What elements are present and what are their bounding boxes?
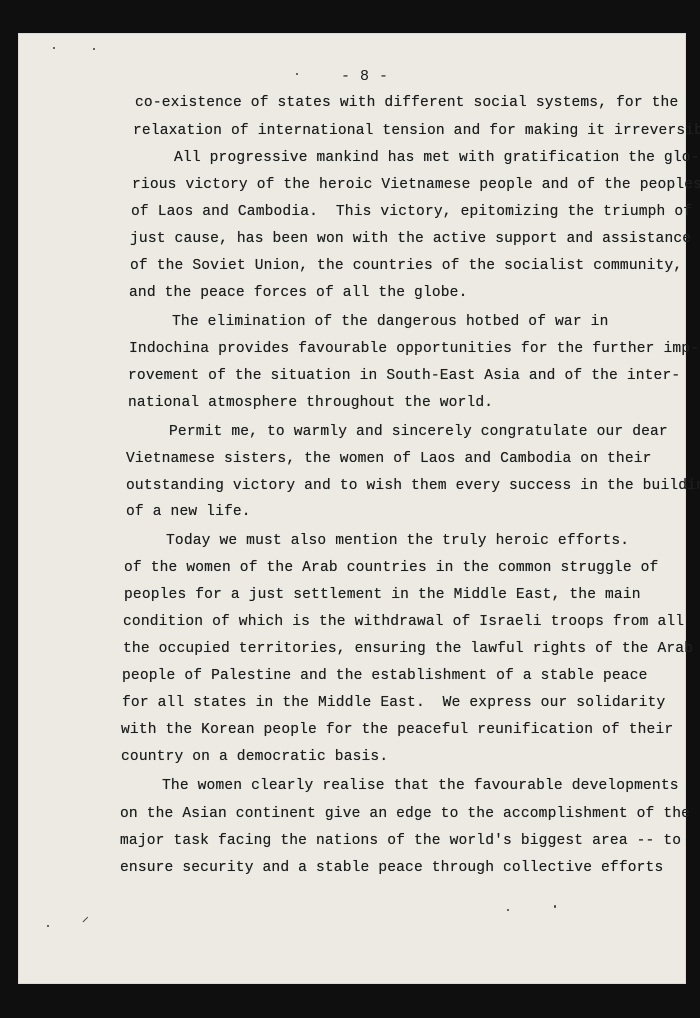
text-line: of a new life.: [126, 503, 251, 521]
paper-speck: [53, 47, 55, 49]
text-line: peoples for a just settlement in the Mid…: [124, 586, 641, 604]
text-line: Today we must also mention the truly her…: [166, 532, 629, 550]
text-line: the occupied territories, ensuring the l…: [123, 640, 693, 658]
text-line: of Laos and Cambodia. This victory, epit…: [131, 203, 700, 221]
text-line: national atmosphere throughout the world…: [128, 394, 493, 412]
text-line: rovement of the situation in South-East …: [128, 367, 680, 385]
text-line: of the Soviet Union, the countries of th…: [130, 257, 682, 275]
text-line: condition of which is the withdrawal of …: [123, 613, 684, 631]
text-line: Vietnamese sisters, the women of Laos an…: [126, 450, 652, 468]
pen-mark: [83, 917, 89, 923]
text-line: people of Palestine and the establishmen…: [122, 667, 648, 685]
text-line: of the women of the Arab countries in th…: [124, 559, 658, 577]
text-line: ensure security and a stable peace throu…: [120, 859, 663, 877]
text-line: with the Korean people for the peaceful …: [121, 721, 673, 739]
paper-speck: [507, 909, 509, 911]
text-line: outstanding victory and to wish them eve…: [126, 477, 700, 495]
scan-viewer: - 8 - co-existence of states with differ…: [0, 0, 700, 1018]
text-line: for all states in the Middle East. We ex…: [122, 694, 665, 712]
paper-speck: [47, 925, 49, 927]
text-line: major task facing the nations of the wor…: [120, 832, 681, 850]
paper-speck: [296, 73, 298, 75]
text-line: All progressive mankind has met with gra…: [174, 149, 700, 167]
text-line: on the Asian continent give an edge to t…: [120, 805, 690, 823]
text-line: Permit me, to warmly and sincerely congr…: [169, 423, 668, 441]
text-line: Indochina provides favourable opportunit…: [129, 340, 699, 358]
text-line: and the peace forces of all the globe.: [129, 284, 468, 302]
text-line: relaxation of international tension and …: [133, 122, 700, 140]
paper-speck: [554, 905, 556, 908]
text-line: co-existence of states with different so…: [135, 94, 678, 112]
text-line: country on a democratic basis.: [121, 748, 388, 766]
page-number: - 8 -: [341, 68, 389, 85]
paper-speck: [93, 48, 95, 50]
text-line: The elimination of the dangerous hotbed …: [172, 313, 608, 331]
text-line: just cause, has been won with the active…: [130, 230, 691, 248]
text-line: The women clearly realise that the favou…: [162, 777, 679, 795]
text-line: rious victory of the heroic Vietnamese p…: [132, 176, 700, 194]
